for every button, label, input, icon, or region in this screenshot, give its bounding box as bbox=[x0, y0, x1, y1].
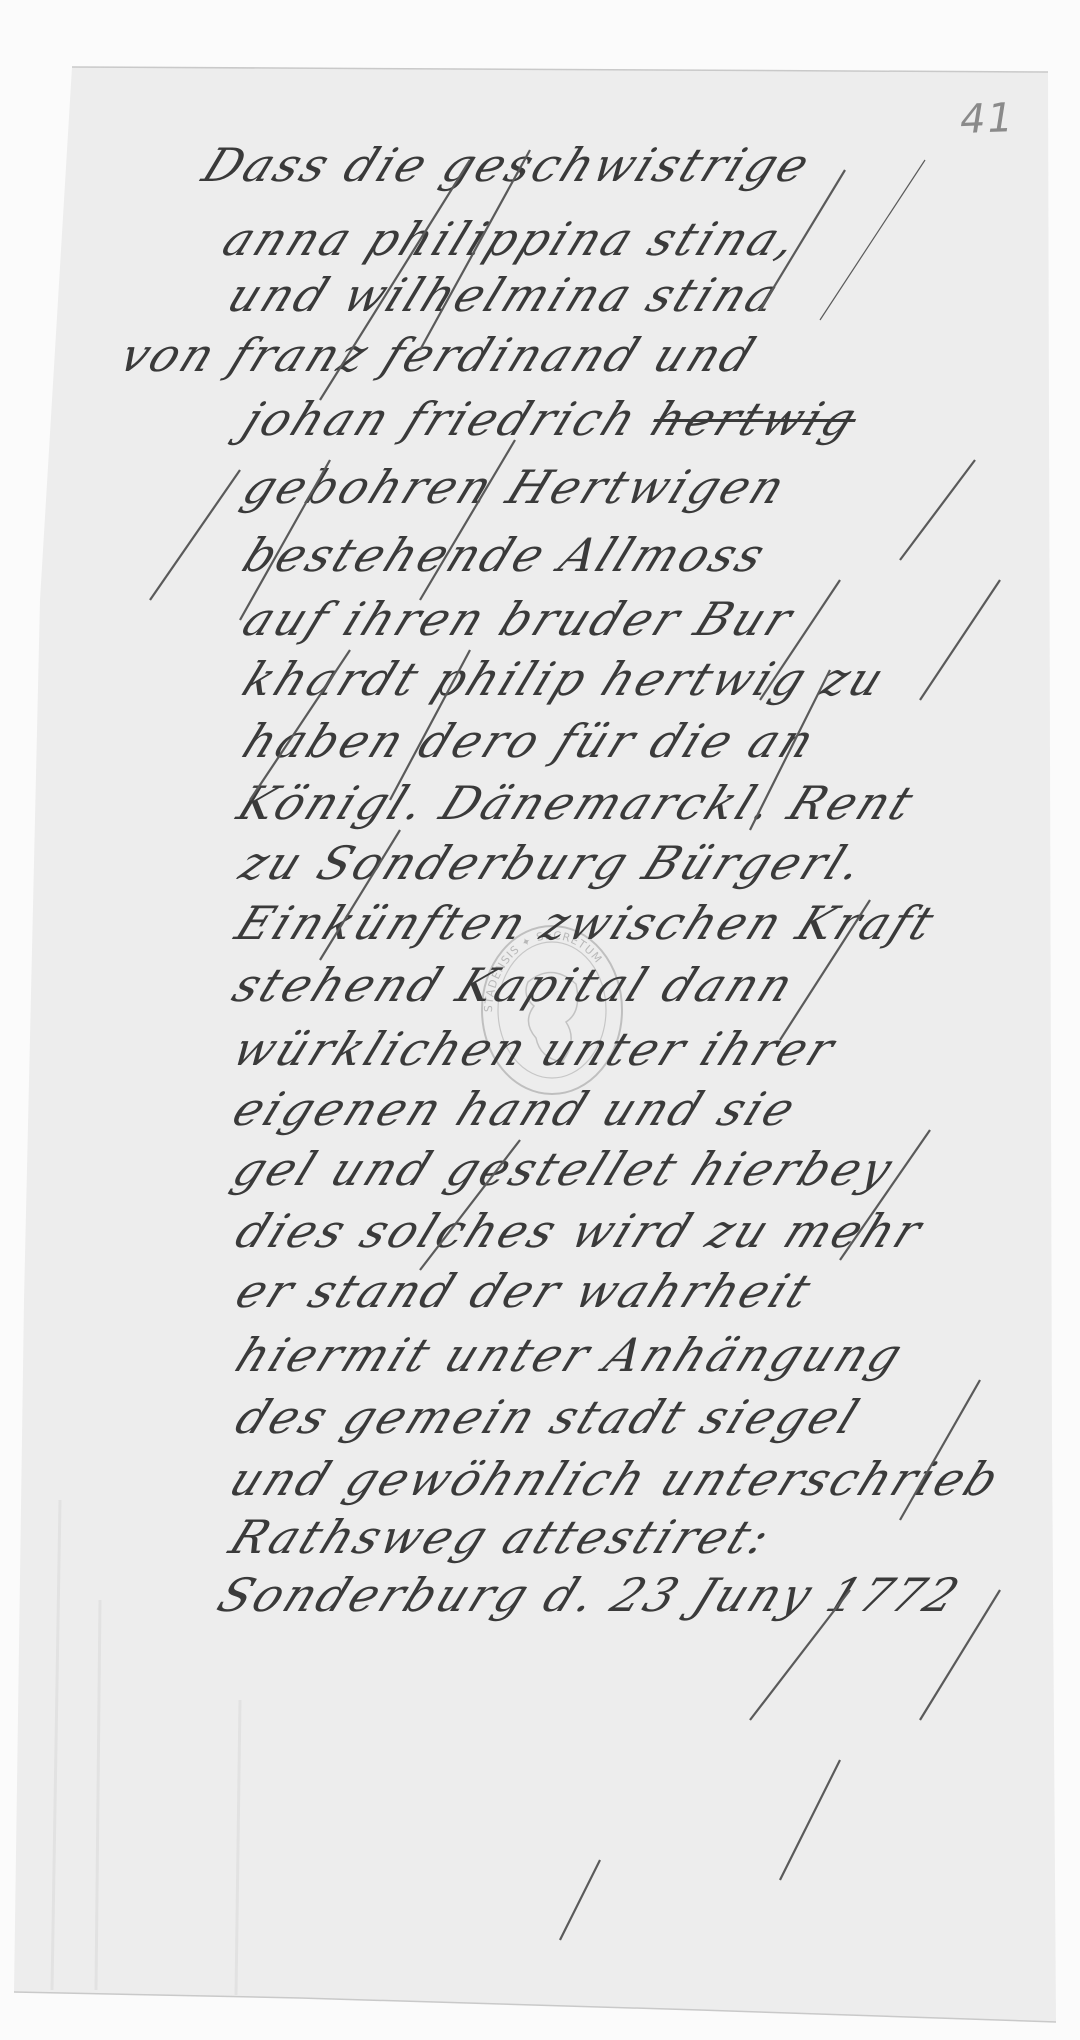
pen-flourishes bbox=[0, 0, 1080, 2040]
scanned-page: 41 STADENSIS ✦ SECRETUM Dass die geschwi… bbox=[0, 0, 1080, 2040]
